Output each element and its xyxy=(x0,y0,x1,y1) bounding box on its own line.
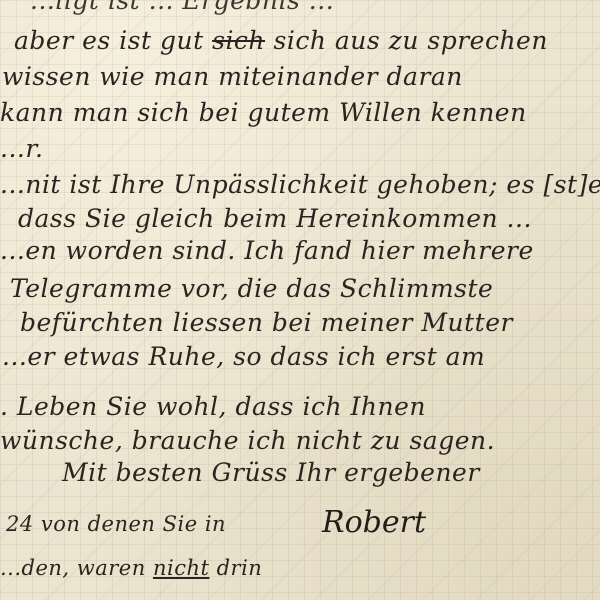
signature: Robert xyxy=(322,505,426,540)
line-text: drin xyxy=(217,556,263,580)
letter-line: aber es ist gut sich sich aus zu spreche… xyxy=(14,26,548,55)
letter-line: ...er etwas Ruhe, so dass ich erst am xyxy=(2,342,485,371)
letter-line: wissen wie man miteinander daran xyxy=(2,62,463,91)
letter-line: wünsche, brauche ich nicht zu sagen. xyxy=(0,426,495,455)
letter-line: dass Sie gleich beim Hereinkommen ... xyxy=(18,204,532,233)
line-text: sich aus zu sprechen xyxy=(274,26,548,55)
letter-line: ...nit ist Ihre Unpässlichkeit gehoben; … xyxy=(0,170,600,199)
closing-line: Mit besten Grüss Ihr ergebener xyxy=(62,458,480,487)
letter-line: ...r. xyxy=(0,134,44,163)
struck-word: sich xyxy=(212,26,265,55)
letter-line: ...ligt ist ... Ergebnis ... xyxy=(30,0,334,15)
line-text: aber es ist gut xyxy=(14,26,204,55)
letter-line: ...en worden sind. Ich fand hier mehrere xyxy=(0,236,534,265)
postscript-line: 24 von denen Sie in xyxy=(6,512,226,536)
postscript-line: ...den, waren nicht drin xyxy=(0,556,262,580)
letter-line: befürchten liessen bei meiner Mutter xyxy=(20,308,513,337)
letter-line: Telegramme vor, die das Schlimmste xyxy=(10,274,493,303)
letter-line: . Leben Sie wohl, dass ich Ihnen xyxy=(0,392,426,421)
line-text: ...den, waren xyxy=(0,556,146,580)
underlined-word: nicht xyxy=(153,556,209,580)
letter-page: ...ligt ist ... Ergebnis ... aber es ist… xyxy=(0,0,600,600)
letter-line: kann man sich bei gutem Willen kennen xyxy=(0,98,527,127)
